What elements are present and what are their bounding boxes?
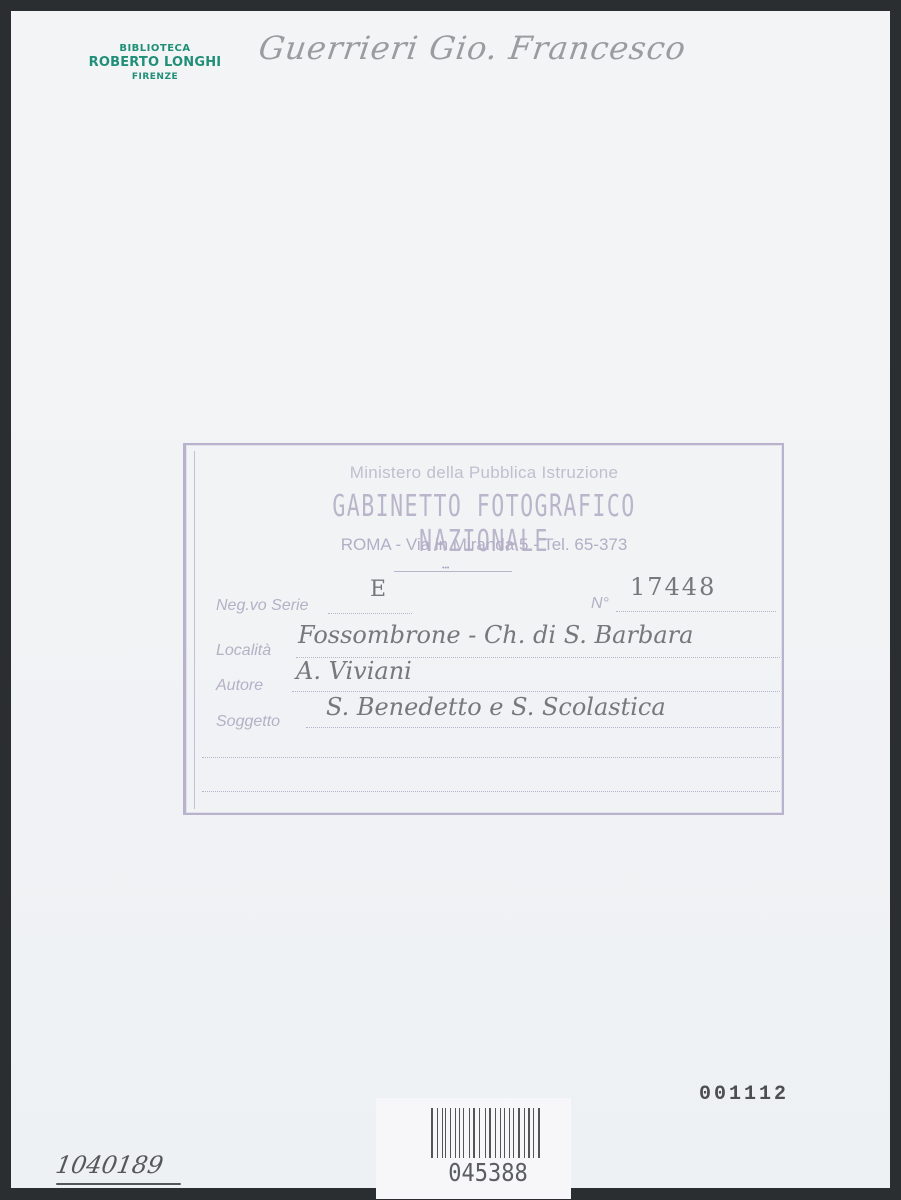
- library-stamp-line2: ROBERTO LONGHI: [75, 55, 235, 70]
- soggetto-value: S. Benedetto e S. Scolastica: [326, 693, 666, 721]
- blank-rule-1: [202, 757, 780, 758]
- photo-verso-sheet: BIBLIOTECA ROBERTO LONGHI FIRENZE Guerri…: [11, 11, 890, 1188]
- soggetto-label: Soggetto: [216, 713, 280, 731]
- handwritten-artist-name: Guerrieri Gio. Francesco: [256, 29, 688, 67]
- stamp-ministero: Ministero della Pubblica Istruzione: [186, 463, 782, 483]
- handwritten-inventory-number: 1040189: [54, 1151, 166, 1179]
- library-stamp-line1: BIBLIOTECA: [75, 43, 235, 54]
- localita-label: Località: [216, 642, 271, 660]
- library-stamp: BIBLIOTECA ROBERTO LONGHI FIRENZE: [75, 43, 235, 82]
- printed-archive-number: 001112: [699, 1083, 789, 1106]
- inventory-underline: [56, 1183, 181, 1185]
- stamp-address: ROMA - Via in Miranda 5 - Tel. 65-373: [186, 535, 782, 555]
- barcode-bars: [431, 1108, 544, 1158]
- numero-value: 17448: [630, 573, 716, 601]
- barcode-label: 045388: [376, 1098, 571, 1199]
- autore-value: A. Viviani: [296, 657, 412, 685]
- localita-value: Fossombrone - Ch. di S. Barbara: [298, 621, 693, 649]
- soggetto-rule: [306, 727, 780, 728]
- gabinetto-stamp: Ministero della Pubblica Istruzione GABI…: [183, 443, 784, 815]
- barcode-number: 045388: [435, 1158, 541, 1187]
- serie-label: Neg.vo Serie: [216, 597, 309, 615]
- serie-rule: [328, 613, 412, 614]
- serie-value: E: [370, 577, 386, 602]
- autore-rule: [292, 691, 780, 692]
- autore-label: Autore: [216, 677, 263, 695]
- stamp-ornament-divider: [394, 571, 512, 572]
- numero-rule: [616, 611, 776, 612]
- library-stamp-line3: FIRENZE: [75, 72, 235, 82]
- numero-label: N°: [591, 595, 609, 613]
- blank-rule-2: [202, 791, 780, 792]
